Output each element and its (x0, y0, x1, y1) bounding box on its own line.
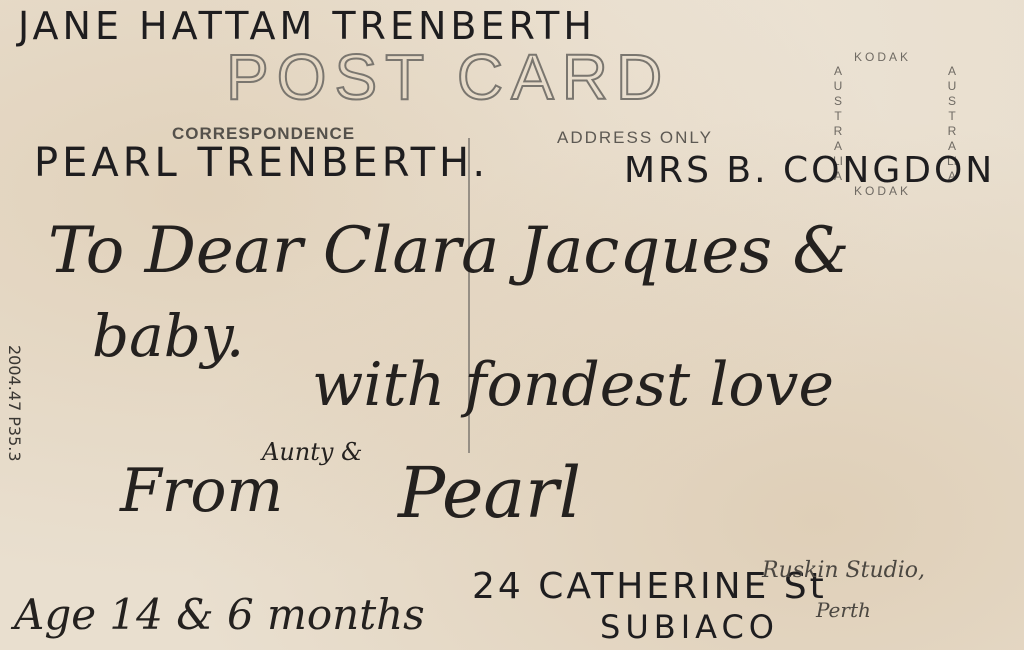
studio-imprint-city: Perth (816, 598, 871, 622)
address-suburb: SUBIACO (600, 608, 779, 646)
studio-imprint-name: Ruskin Studio, (762, 558, 925, 583)
sender-name: PEARL TRENBERTH. (34, 140, 489, 186)
margin-catalog-number: 2004.47 P35.3 (5, 345, 24, 462)
recipient-name: MRS B. CONGDON (624, 150, 995, 191)
message-from: From (120, 456, 283, 526)
address-only-label: ADDRESS ONLY (557, 128, 713, 148)
age-note: Age 14 & 6 months (14, 590, 425, 639)
postcard-back: JANE HATTAM TRENBERTH POST CARD CORRESPO… (0, 0, 1024, 650)
message-aunty-insert: Aunty & (262, 438, 362, 466)
message-line-1: To Dear Clara Jacques & (48, 214, 849, 288)
message-signature: Pearl (398, 452, 581, 534)
message-line-2: baby. (92, 302, 244, 370)
printed-title: POST CARD (226, 40, 670, 114)
stamp-top-label: KODAK (854, 50, 911, 64)
message-line-3: with fondest love (312, 350, 834, 420)
